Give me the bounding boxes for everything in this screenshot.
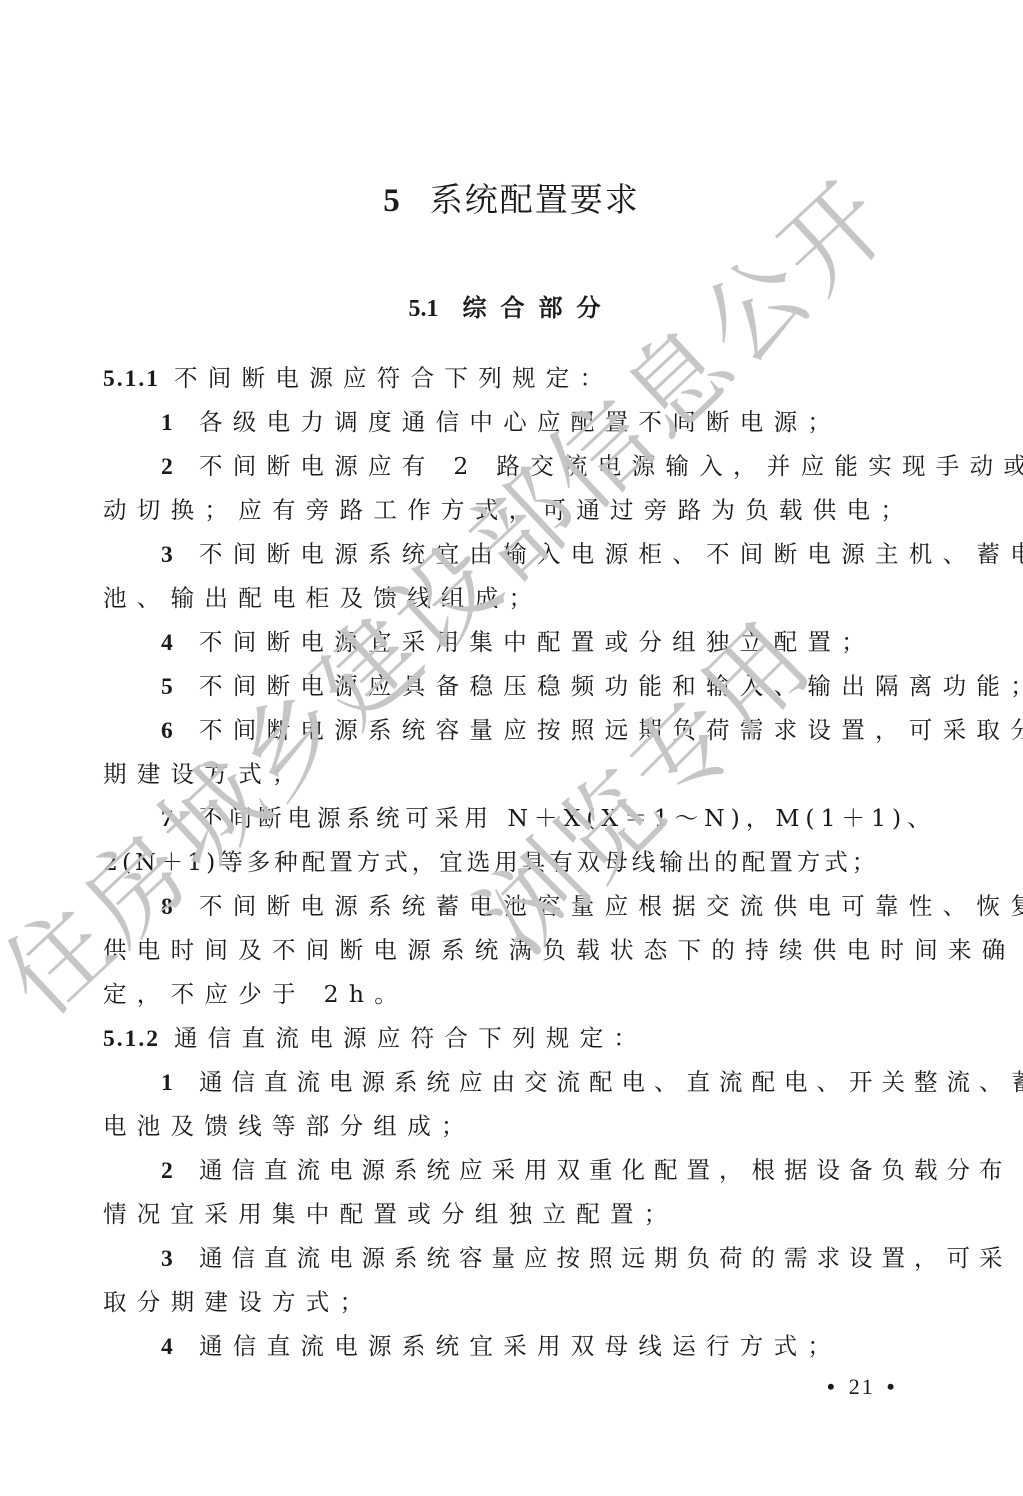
item-text: 通信直流电源系统容量应按照远期负荷的需求设置，可采 xyxy=(199,1244,1012,1272)
list-item: 3不间断电源系统宜由输入电源柜、不间断电源主机、蓄电 xyxy=(103,532,919,576)
item-text: 不间断电源系统宜由输入电源柜、不间断电源主机、蓄电 xyxy=(199,540,1023,568)
item-number: 2 xyxy=(161,445,191,489)
bullet-icon: • xyxy=(827,1374,837,1399)
page-number: •21• xyxy=(815,1372,908,1402)
item-number: 4 xyxy=(161,1325,191,1369)
list-item: 2不间断电源应有 2 路交流电源输入，并应能实现手动或自 xyxy=(103,444,919,488)
list-item: 3通信直流电源系统容量应按照远期负荷的需求设置，可采 xyxy=(103,1236,919,1280)
list-item: 1通信直流电源系统应由交流配电、直流配电、开关整流、蓄 xyxy=(103,1060,919,1104)
item-text: 不间断电源应具备稳压稳频功能和输入、输出隔离功能； xyxy=(199,672,1023,700)
item-continuation: 定，不应少于 2h。 xyxy=(103,972,919,1016)
item-continuation: 取分期建设方式； xyxy=(103,1280,919,1324)
item-continuation: 情况宜采用集中配置或分组独立配置； xyxy=(103,1192,919,1236)
clause-intro: 通信直流电源应符合下列规定： xyxy=(174,1024,647,1052)
item-text: 通信直流电源系统应由交流配电、直流配电、开关整流、蓄 xyxy=(199,1068,1023,1096)
chapter-number: 5 xyxy=(383,183,402,219)
clause-intro: 不间断电源应符合下列规定： xyxy=(174,364,613,392)
item-number: 1 xyxy=(161,1061,191,1105)
section-title: 5.1综合部分 xyxy=(0,290,1023,327)
list-item: 8不间断电源系统蓄电池容量应根据交流供电可靠性、恢复 xyxy=(103,884,919,928)
chapter-title: 5系统配置要求 xyxy=(0,178,1023,223)
item-number: 3 xyxy=(161,1237,191,1281)
chapter-title-text: 系统配置要求 xyxy=(430,180,640,219)
bullet-icon: • xyxy=(887,1374,897,1399)
list-item: 6不间断电源系统容量应按照远期负荷需求设置，可采取分 xyxy=(103,708,919,752)
list-item: 4通信直流电源系统宜采用双母线运行方式； xyxy=(103,1324,919,1368)
section-number: 5.1 xyxy=(409,296,439,322)
page-number-value: 21 xyxy=(849,1374,875,1399)
item-number: 3 xyxy=(161,533,191,577)
body-text: 5.1.1不间断电源应符合下列规定： 1各级电力调度通信中心应配置不间断电源； … xyxy=(103,356,919,1368)
item-text: 不间断电源系统容量应按照远期负荷需求设置，可采取分 xyxy=(199,716,1023,744)
list-item: 2通信直流电源系统应采用双重化配置，根据设备负载分布 xyxy=(103,1148,919,1192)
item-number: 8 xyxy=(161,885,191,929)
item-continuation: 供电时间及不间断电源系统满负载状态下的持续供电时间来确 xyxy=(103,928,919,972)
document-page: 5系统配置要求 5.1综合部分 5.1.1不间断电源应符合下列规定： 1各级电力… xyxy=(0,0,1023,1496)
item-number: 1 xyxy=(161,401,191,445)
item-number: 5 xyxy=(161,665,191,709)
section-title-text: 综合部分 xyxy=(463,294,615,322)
item-number: 2 xyxy=(161,1149,191,1193)
item-continuation: 电池及馈线等部分组成； xyxy=(103,1104,919,1148)
item-text: 不间断电源系统可采用 N＋X(X＝1～N)，M(1＋1)、 xyxy=(199,804,937,832)
list-item: 5不间断电源应具备稳压稳频功能和输入、输出隔离功能； xyxy=(103,664,919,708)
list-item: 4不间断电源宜采用集中配置或分组独立配置； xyxy=(103,620,919,664)
clause-heading: 5.1.1不间断电源应符合下列规定： xyxy=(103,356,919,400)
clause-number: 5.1.2 xyxy=(103,1026,160,1052)
item-text: 不间断电源系统蓄电池容量应根据交流供电可靠性、恢复 xyxy=(199,892,1023,920)
item-continuation: 期建设方式； xyxy=(103,752,919,796)
item-continuation: 2(N＋1)等多种配置方式，宜选用具有双母线输出的配置方式； xyxy=(103,840,919,884)
list-item: 7不间断电源系统可采用 N＋X(X＝1～N)，M(1＋1)、 xyxy=(103,796,919,840)
item-text: 各级电力调度通信中心应配置不间断电源； xyxy=(199,408,841,436)
clause-heading: 5.1.2通信直流电源应符合下列规定： xyxy=(103,1016,919,1060)
item-number: 6 xyxy=(161,709,191,753)
item-number: 4 xyxy=(161,621,191,665)
clause-number: 5.1.1 xyxy=(103,366,160,392)
item-continuation: 池、输出配电柜及馈线组成； xyxy=(103,576,919,620)
item-number: 7 xyxy=(161,797,191,841)
item-text: 通信直流电源系统宜采用双母线运行方式； xyxy=(199,1332,841,1360)
item-text: 不间断电源应有 2 路交流电源输入，并应能实现手动或自 xyxy=(199,452,1023,480)
list-item: 1各级电力调度通信中心应配置不间断电源； xyxy=(103,400,919,444)
item-text: 不间断电源宜采用集中配置或分组独立配置； xyxy=(199,628,875,656)
item-text: 通信直流电源系统应采用双重化配置，根据设备负载分布 xyxy=(199,1156,1012,1184)
item-continuation: 动切换；应有旁路工作方式，可通过旁路为负载供电； xyxy=(103,488,919,532)
